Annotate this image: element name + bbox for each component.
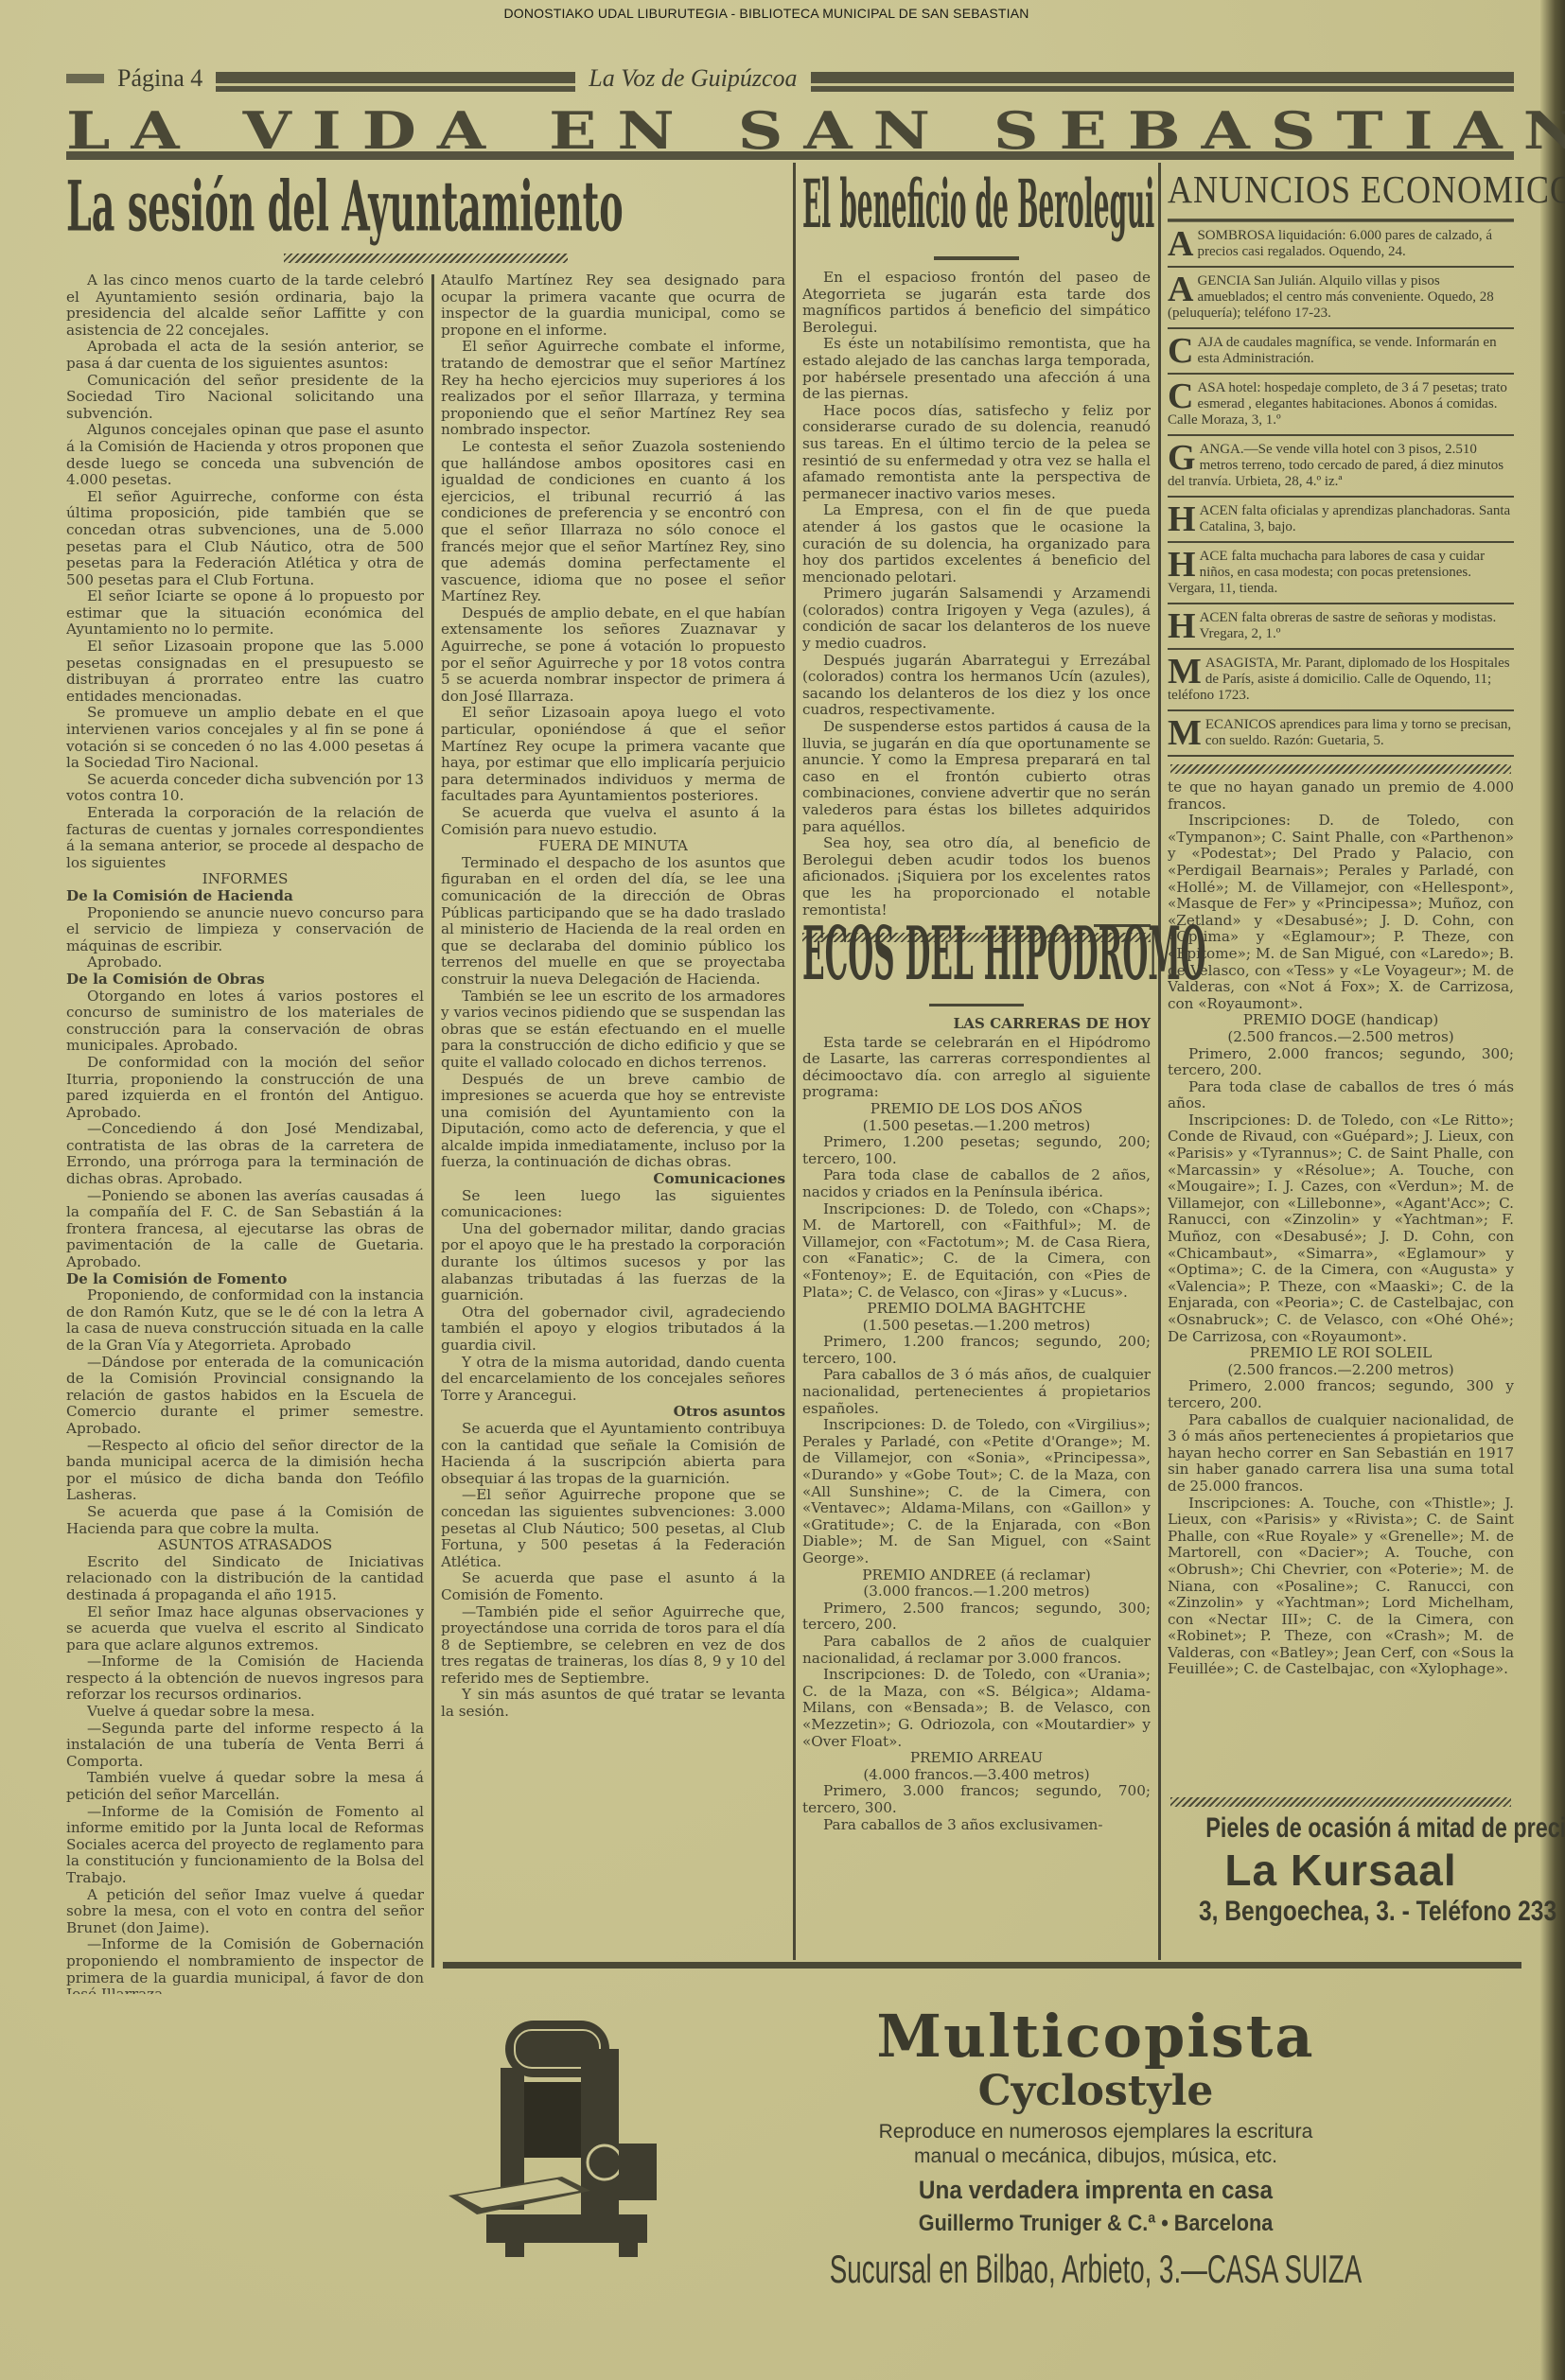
- paragraph: Es éste un notabilísimo remontista, que …: [802, 336, 1151, 402]
- classified-ad-text: ECANICOS aprendices para lima y torno se…: [1205, 717, 1511, 748]
- paragraph: —El señor Aguirreche propone que se conc…: [441, 1487, 785, 1570]
- paragraph: El señor Aguirreche combate el informe, …: [441, 339, 785, 439]
- drop-cap: C: [1168, 380, 1193, 412]
- paragraph: Sea hoy, sea otro día, al beneficio de B…: [802, 835, 1151, 919]
- paragraph: Una del gobernador militar, dando gracia…: [441, 1221, 785, 1304]
- masthead-rule-left: [216, 72, 575, 86]
- subsection-heading: De la Comisión de Fomento: [66, 1271, 424, 1288]
- paragraph: Y sin más asuntos de qué tratar se levan…: [441, 1687, 785, 1720]
- paragraph: Se acuerda conceder dicha subvención por…: [66, 772, 424, 805]
- classified-ad: ASOMBROSA liquidación: 6.000 pares de ca…: [1168, 222, 1514, 268]
- multicopista-brand: Multicopista: [679, 2002, 1512, 2071]
- paragraph: Aprobado.: [66, 954, 424, 971]
- paragraph: —Poniendo se abonen las averías causadas…: [66, 1188, 424, 1271]
- paragraph: Hace pocos días, satisfecho y feliz por …: [802, 403, 1151, 503]
- classifieds-title: ANUNCIOS ECONOMICOS: [1168, 166, 1514, 222]
- drop-cap: H: [1168, 549, 1196, 581]
- masthead-ornament: [66, 74, 104, 83]
- article-hipodromo-continuation: te que no hayan ganado un premio de 4.00…: [1168, 779, 1514, 1792]
- headline-rule: [934, 256, 1019, 260]
- newspaper-name: La Voz de Guipúzcoa: [589, 64, 797, 93]
- drop-cap: C: [1168, 335, 1193, 367]
- section-subheading: (2.500 francos.—2.500 metros): [1168, 1029, 1514, 1046]
- paragraph: Primero, 2.500 francos; segundo, 300; te…: [802, 1601, 1151, 1634]
- classified-ad: HACEN falta oficialas y aprendizas planc…: [1168, 498, 1514, 543]
- section-subheading: FUERA DE MINUTA: [441, 838, 785, 855]
- paragraph: Comunicación del señor presidente de la …: [66, 373, 424, 423]
- paragraph: Vuelve á quedar sobre la mesa.: [66, 1704, 424, 1721]
- paragraph: Para caballos de 3 años exclusivamen-: [802, 1817, 1151, 1834]
- masthead: Página 4 La Voz de Guipúzcoa: [66, 64, 1514, 93]
- drop-cap: H: [1168, 610, 1196, 642]
- subsection-heading: Comunicaciones: [441, 1171, 785, 1188]
- classified-ad-text: AJA de caudales magnífica, se vende. Inf…: [1197, 335, 1496, 366]
- paragraph: La Empresa, con el fin de que pueda aten…: [802, 502, 1151, 586]
- kursaal-line1: Pieles de ocasión á mitad de precio: [1205, 1812, 1475, 1845]
- article-ayuntamiento-col1: A las cinco menos cuarto de la tarde cel…: [66, 272, 424, 1994]
- column-divider: [431, 274, 434, 1968]
- article-ayuntamiento-col2: Ataulfo Martínez Rey sea designado para …: [441, 272, 785, 1899]
- drop-cap: A: [1168, 228, 1193, 260]
- section-subheading: PREMIO ARREAU: [802, 1750, 1151, 1767]
- paragraph: —Concediendo á don José Mendizabal, cont…: [66, 1121, 424, 1187]
- paragraph: Se acuerda que pase á la Comisión de Hac…: [66, 1504, 424, 1537]
- drop-cap: H: [1168, 503, 1196, 535]
- paragraph: Terminado el despacho de los asuntos que…: [441, 855, 785, 989]
- section-subheading: (1.500 pesetas.—1.200 metros): [802, 1118, 1151, 1135]
- section-subheading: PREMIO LE ROI SOLEIL: [1168, 1345, 1514, 1362]
- classified-ad-text: SOMBROSA liquidación: 6.000 pares de cal…: [1197, 228, 1492, 259]
- paragraph: Se acuerda que el Ayuntamiento contribuy…: [441, 1421, 785, 1487]
- multicopista-company: Guillermo Truniger & C.ª • Barcelona: [721, 2211, 1470, 2237]
- paragraph: A las cinco menos cuarto de la tarde cel…: [66, 272, 424, 339]
- ornament-zigzag: [1170, 1797, 1511, 1807]
- classified-ad-text: ASAGISTA, Mr. Parant, diplomado de los H…: [1168, 656, 1510, 703]
- paragraph: El señor Lizasoain apoya luego el voto p…: [441, 705, 785, 805]
- paragraph: Después jugarán Abarrategui y Errezábal …: [802, 653, 1151, 719]
- headline-ayuntamiento-box: La sesión del Ayuntamiento: [66, 166, 785, 261]
- subsection-heading: De la Comisión de Hacienda: [66, 888, 424, 905]
- article-berolegui: El beneficio de Berolegui En el espacios…: [802, 166, 1151, 948]
- paragraph: Otorgando en lotes á varios postores el …: [66, 989, 424, 1055]
- kursaal-name: La Kursaal: [1168, 1845, 1514, 1896]
- paragraph: Otra del gobernador civil, agradeciendo …: [441, 1304, 785, 1355]
- paragraph: También vuelve á quedar sobre la mesa á …: [66, 1770, 424, 1803]
- paragraph: Después de un breve cambio de impresione…: [441, 1072, 785, 1172]
- headline-hipodromo: ECOS DEL HIPODROMO: [802, 910, 1018, 996]
- drop-cap: M: [1168, 717, 1202, 749]
- paragraph: Y otra de la misma autoridad, dando cuen…: [441, 1355, 785, 1405]
- classified-ad-text: ANGA.—Se vende villa hotel con 3 pisos, …: [1168, 442, 1503, 489]
- paragraph: Para toda clase de caballos de 2 años, n…: [802, 1167, 1151, 1200]
- classified-ad: AGENCIA San Julián. Alquilo villas y pis…: [1168, 268, 1514, 329]
- paragraph: Primero jugarán Salsamendi y Arzamendi (…: [802, 586, 1151, 652]
- paragraph: —Segunda parte del informe respecto á la…: [66, 1721, 424, 1771]
- paragraph: En el espacioso frontón del paseo de Ate…: [802, 270, 1151, 336]
- paragraph: Escrito del Sindicato de Iniciativas rel…: [66, 1554, 424, 1604]
- paragraph: Para caballos de cualquier nacionalidad,…: [1168, 1412, 1514, 1496]
- multicopista-model: Cyclostyle: [679, 2067, 1512, 2115]
- classified-ad: HACEN falta obreras de sastre de señoras…: [1168, 604, 1514, 650]
- classified-ad: MASAGISTA, Mr. Parant, diplomado de los …: [1168, 650, 1514, 711]
- classifieds-column: ANUNCIOS ECONOMICOS ASOMBROSA liquidació…: [1168, 166, 1514, 1928]
- paragraph: —Informe de la Comisión de Fomento al in…: [66, 1804, 424, 1887]
- section-subheading: (1.500 pesetas.—1.200 metros): [802, 1318, 1151, 1335]
- kursaal-address: 3, Bengoechea, 3. - Teléfono 233: [1199, 1896, 1483, 1928]
- paragraph: Proponiendo, de conformidad con la insta…: [66, 1287, 424, 1354]
- paragraph: Se leen luego las siguientes comunicacio…: [441, 1188, 785, 1221]
- section-subheading: (3.000 francos.—1.200 metros): [802, 1584, 1151, 1601]
- section-rule: [66, 151, 1514, 160]
- classified-ad: CASA hotel: hospedaje completo, de 3 á 7…: [1168, 375, 1514, 436]
- subsection-heading: De la Comisión de Obras: [66, 971, 424, 989]
- section-subheading: ASUNTOS ATRASADOS: [66, 1537, 424, 1554]
- drop-cap: M: [1168, 656, 1202, 688]
- multicopista-desc2: manual o mecánica, dibujos, música, etc.: [679, 2145, 1512, 2168]
- paragraph: —También pide el señor Aguirreche que, p…: [441, 1604, 785, 1688]
- paragraph: Se promueve un amplio debate en el que i…: [66, 705, 424, 771]
- column-divider: [793, 163, 796, 1960]
- paragraph: Algunos concejales opinan que pase el as…: [66, 422, 424, 488]
- paragraph: Para toda clase de caballos de tres ó má…: [1168, 1079, 1514, 1112]
- paragraph: Primero, 2.000 francos; segundo, 300; te…: [1168, 1046, 1514, 1079]
- ornament-zigzag: [1170, 764, 1511, 774]
- classified-ad-text: ACEN falta oficialas y aprendizas planch…: [1200, 503, 1511, 534]
- multicopista-slogan: Una verdadera imprenta en casa: [721, 2176, 1470, 2205]
- kursaal-ad: Pieles de ocasión á mitad de precio La K…: [1168, 1812, 1514, 1928]
- paragraph: De suspenderse estos partidos á causa de…: [802, 719, 1151, 835]
- classified-ad: GANGA.—Se vende villa hotel con 3 pisos,…: [1168, 436, 1514, 498]
- paragraph: Ataulfo Martínez Rey sea designado para …: [441, 272, 785, 339]
- paragraph: Inscripciones: D. de Toledo, con «Urania…: [802, 1667, 1151, 1750]
- paragraph: Esta tarde se celebrarán en el Hipódromo…: [802, 1035, 1151, 1101]
- paragraph: También se lee un escrito de los armador…: [441, 989, 785, 1072]
- paragraph: El señor Aguirreche, conforme con ésta ú…: [66, 489, 424, 589]
- paragraph: —Informe de la Comisión de Gobernación p…: [66, 1936, 424, 1994]
- classified-ad-text: ACE falta muchacha para labores de casa …: [1168, 549, 1485, 596]
- classified-ad-text: GENCIA San Julián. Alquilo villas y piso…: [1168, 273, 1494, 321]
- multicopista-desc1: Reproduce en numerosos ejemplares la esc…: [679, 2121, 1512, 2144]
- classified-ad: HACE falta muchacha para labores de casa…: [1168, 543, 1514, 604]
- multicopista-ad: Multicopista Cyclostyle Reproduce en num…: [443, 1973, 1521, 2285]
- paragraph: Inscripciones: A. Touche, con «Thistle»;…: [1168, 1496, 1514, 1679]
- paragraph: El señor Lizasoain propone que las 5.000…: [66, 639, 424, 705]
- section-subheading: INFORMES: [66, 871, 424, 888]
- paragraph: A petición del señor Imaz vuelve á queda…: [66, 1887, 424, 1937]
- paragraph: Se acuerda que vuelva el asunto á la Com…: [441, 805, 785, 838]
- article-berolegui-body: En el espacioso frontón del paseo de Ate…: [802, 270, 1151, 919]
- paragraph: —Informe de la Comisión de Hacienda resp…: [66, 1654, 424, 1704]
- paragraph: Para caballos de 3 ó más años, de cualqu…: [802, 1367, 1151, 1417]
- headline-ayuntamiento: La sesión del Ayuntamiento: [66, 166, 555, 248]
- paragraph: te que no hayan ganado un premio de 4.00…: [1168, 779, 1514, 813]
- page-edge-shadow: [1540, 0, 1565, 2380]
- multicopista-branch: Sucursal en Bilbao, Arbieto, 3.—CASA SUI…: [821, 2247, 1371, 2292]
- classified-ad: CAJA de caudales magnífica, se vende. In…: [1168, 329, 1514, 375]
- ornament-zigzag: [284, 254, 568, 263]
- paragraph: Primero, 1.200 pesetas; segundo, 200; te…: [802, 1134, 1151, 1167]
- paragraph: Inscripciones: D. de Toledo, con «Le Rit…: [1168, 1112, 1514, 1345]
- ad-top-rule: [443, 1962, 1521, 1969]
- paragraph: Enterada la corporación de la relación d…: [66, 805, 424, 871]
- section-subheading: PREMIO DOLMA BAGHTCHE: [802, 1301, 1151, 1318]
- paragraph: Inscripciones: D. de Toledo, con «Tympan…: [1168, 813, 1514, 1012]
- cyclostyle-machine-illustration: [448, 2011, 666, 2266]
- classified-ad-text: ACEN falta obreras de sastre de señoras …: [1200, 610, 1497, 641]
- paragraph: Le contesta el señor Zuazola sosteniendo…: [441, 439, 785, 605]
- paragraph: Proponiendo se anuncie nuevo concurso pa…: [66, 905, 424, 955]
- paragraph: Primero, 1.200 francos; segundo, 200; te…: [802, 1334, 1151, 1367]
- paragraph: Para caballos de 2 años de cualquier nac…: [802, 1634, 1151, 1667]
- paragraph: Primero, 2.000 francos; segundo, 300 y t…: [1168, 1378, 1514, 1411]
- masthead-rule-right: [811, 72, 1514, 86]
- section-subheading: (2.500 francos.—2.200 metros): [1168, 1362, 1514, 1379]
- article-hipodromo-body: Esta tarde se celebrarán en el Hipódromo…: [802, 1035, 1151, 1915]
- classified-ad: MECANICOS aprendices para lima y torno s…: [1168, 711, 1514, 757]
- subsection-heading: Otros asuntos: [441, 1404, 785, 1421]
- paragraph: Aprobada el acta de la sesión anterior, …: [66, 339, 424, 372]
- page-number: Página 4: [117, 64, 202, 93]
- subheadline-carreras: LAS CARRERAS DE HOY: [802, 1016, 1151, 1033]
- column-divider: [1158, 163, 1161, 1960]
- drop-cap: A: [1168, 273, 1193, 306]
- paragraph: —Dándose por enterada de la comunicación…: [66, 1355, 424, 1438]
- article-hipodromo: ECOS DEL HIPODROMO LAS CARRERAS DE HOY E…: [802, 910, 1151, 1915]
- paragraph: De conformidad con la moción del señor I…: [66, 1055, 424, 1121]
- library-banner: DONOSTIAKO UDAL LIBURUTEGIA - BIBLIOTECA…: [0, 6, 1533, 21]
- paragraph: Primero, 3.000 francos; segundo, 700; te…: [802, 1783, 1151, 1816]
- paragraph: Se acuerda que pase el asunto á la Comis…: [441, 1570, 785, 1603]
- section-subheading: PREMIO DOGE (handicap): [1168, 1012, 1514, 1029]
- headline-rule: [929, 1004, 1024, 1006]
- paragraph: El señor Imaz hace algunas observaciones…: [66, 1604, 424, 1654]
- drop-cap: G: [1168, 442, 1196, 474]
- headline-berolegui: El beneficio de Berolegui: [802, 166, 1011, 244]
- classifieds-list: ASOMBROSA liquidación: 6.000 pares de ca…: [1168, 222, 1514, 757]
- section-subheading: PREMIO ANDREE (á reclamar): [802, 1567, 1151, 1584]
- paragraph: Inscripciones: D. de Toledo, con «Chaps»…: [802, 1201, 1151, 1302]
- multicopista-text: Multicopista Cyclostyle Reproduce en num…: [679, 2002, 1512, 2292]
- section-subheading: PREMIO DE LOS DOS AÑOS: [802, 1101, 1151, 1118]
- paragraph: —Respecto al oficio del señor director d…: [66, 1438, 424, 1504]
- classified-ad-text: ASA hotel: hospedaje completo, de 3 á 7 …: [1168, 380, 1507, 428]
- paragraph: El señor Iciarte se opone á lo propuesto…: [66, 588, 424, 639]
- paragraph: Después de amplio debate, en el que habí…: [441, 605, 785, 706]
- paragraph: Inscripciones: D. de Toledo, con «Virgil…: [802, 1417, 1151, 1566]
- section-subheading: (4.000 francos.—3.400 metros): [802, 1767, 1151, 1784]
